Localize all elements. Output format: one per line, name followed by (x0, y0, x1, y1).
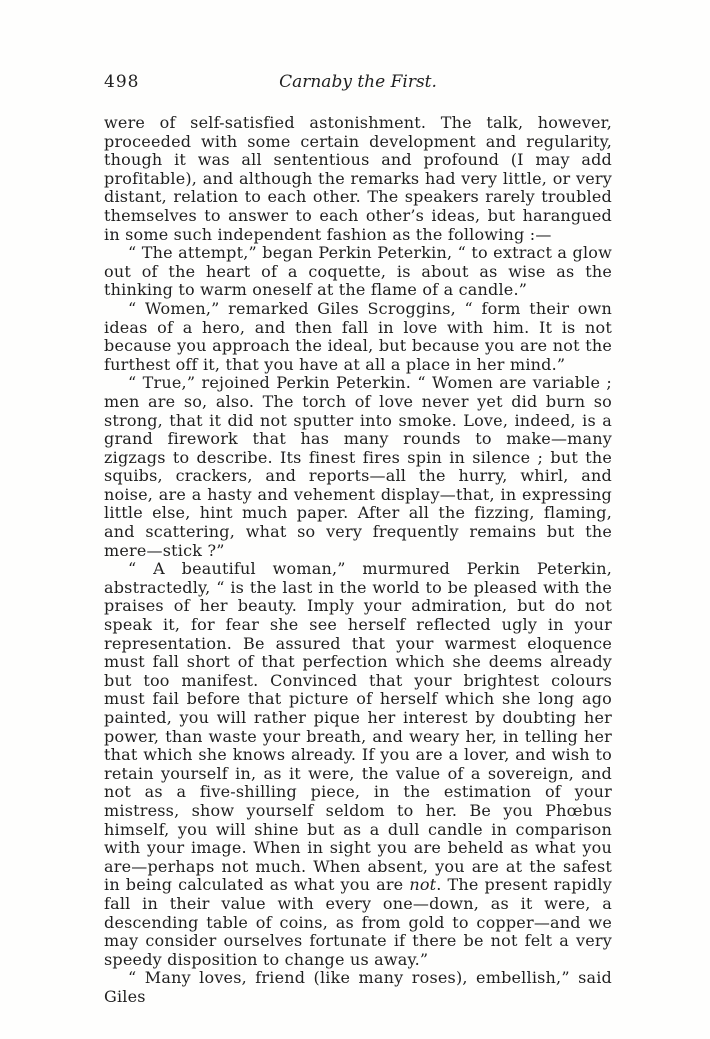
body-paragraph: “ Women,” remarked Giles Scroggins, “ fo… (104, 300, 612, 374)
book-page: 498 Carnaby the First. were of self-sati… (0, 0, 710, 1039)
page-header: 498 Carnaby the First. (104, 72, 612, 94)
text-segment: “ True,” rejoined Perkin Peterkin. “ Wom… (104, 373, 612, 559)
body-paragraph: were of self-satisfied astonishment. The… (104, 114, 612, 244)
page-body: were of self-satisfied astonishment. The… (104, 114, 612, 1007)
body-paragraph: “ A beautiful woman,” murmured Perkin Pe… (104, 560, 612, 969)
text-segment: “ Many loves, friend (like many roses), … (104, 968, 612, 1006)
text-segment: “ Women,” remarked Giles Scroggins, “ fo… (104, 299, 612, 374)
running-title: Carnaby the First. (104, 72, 612, 92)
text-segment: were of self-satisfied astonishment. The… (104, 113, 612, 244)
body-paragraph: “ Many loves, friend (like many roses), … (104, 969, 612, 1006)
body-paragraph: “ The attempt,” began Perkin Peterkin, “… (104, 244, 612, 300)
italic-text-segment: not (409, 875, 436, 894)
text-segment: “ A beautiful woman,” murmured Perkin Pe… (104, 559, 612, 894)
body-paragraph: “ True,” rejoined Perkin Peterkin. “ Wom… (104, 374, 612, 560)
text-segment: “ The attempt,” began Perkin Peterkin, “… (104, 243, 612, 299)
